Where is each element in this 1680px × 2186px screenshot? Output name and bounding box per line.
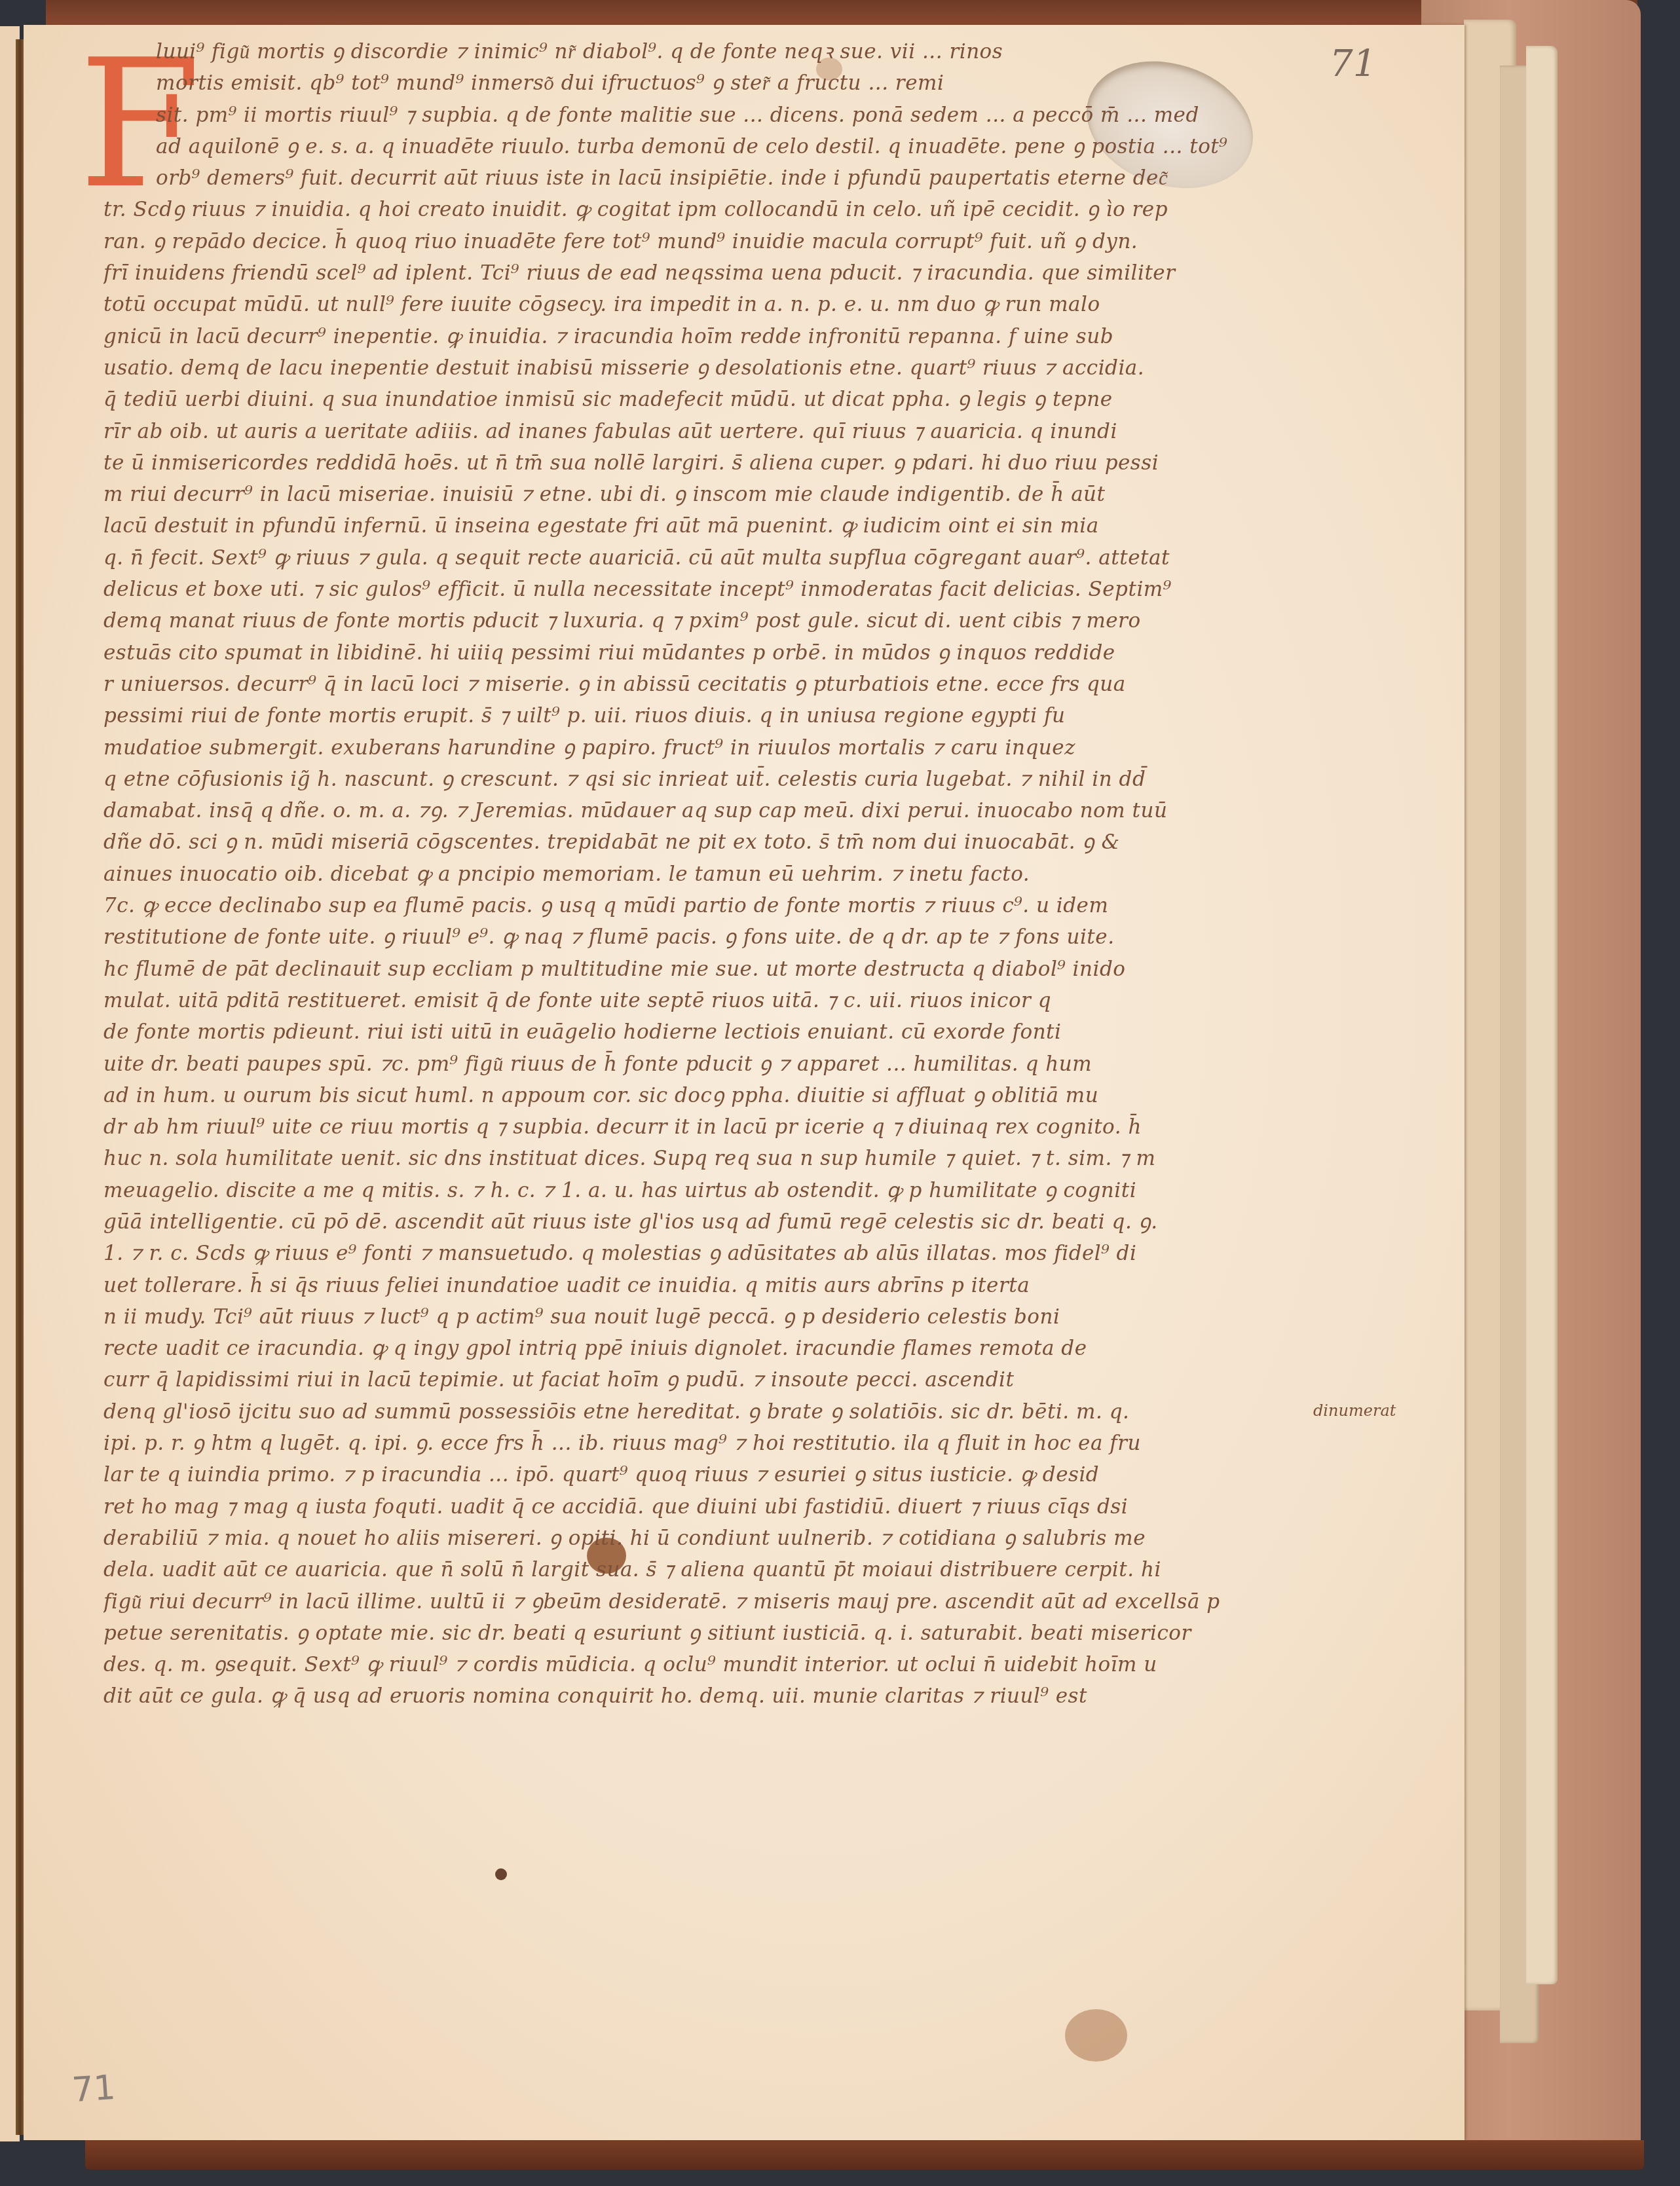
text-line: de fonte mortis pdieunt. riui isti uitū … bbox=[103, 1016, 1276, 1048]
text-line: ipi. p. r. ꝯ htm q lugēt. q. ipi. ꝯ. ecc… bbox=[103, 1428, 1276, 1459]
book-cover-bottom-edge bbox=[85, 2140, 1644, 2170]
text-line: dñe dō. sci ꝯ n. mūdi miseriā cōgscentes… bbox=[103, 826, 1276, 858]
text-line: ad in hum. u ourum bis sicut huml. n app… bbox=[103, 1080, 1276, 1111]
stain bbox=[495, 1868, 507, 1880]
text-line: gnicū in lacū decurr⁹ inepentie. ꝙ inuid… bbox=[103, 321, 1276, 352]
text-line: luui⁹ figu͂ mortis ꝯ discordie ⁊ inimic⁹… bbox=[103, 36, 1276, 67]
text-line: des. q. m. ꝯsequit. Sext⁹ ꝙ riuul⁹ ⁊ cor… bbox=[103, 1649, 1276, 1680]
text-line: mulat. uitā pditā restitueret. emisit q̄… bbox=[103, 985, 1276, 1016]
text-line: 1. ⁊ r. c. Scds ꝙ riuus e⁹ fonti ⁊ mansu… bbox=[103, 1238, 1276, 1269]
book-cover-top-edge bbox=[46, 0, 1637, 26]
text-line: demq manat riuus de fonte mortis pducit … bbox=[103, 605, 1276, 637]
text-line: q̄ tediū uerbi diuini. q sua inundatioe … bbox=[103, 384, 1276, 415]
text-line: lacū destuit in pfundū infernū. ū insein… bbox=[103, 510, 1276, 542]
text-line: figu͂ riui decurr⁹ in lacū illime. uultū… bbox=[103, 1586, 1276, 1618]
text-line: te ū inmisericordes reddidā hoēs. ut n̄ … bbox=[103, 447, 1276, 479]
text-line: frī inuidens friendū scel⁹ ad iplent. Tc… bbox=[103, 257, 1276, 289]
text-line: dit aūt ce gula. ꝙ q̄ usq ad eruoris nom… bbox=[103, 1680, 1276, 1712]
text-line: rīr ab oib. ut auris a ueritate adiiis. … bbox=[103, 416, 1276, 447]
text-line: dela. uadit aūt ce auaricia. que n̄ solū… bbox=[103, 1554, 1276, 1585]
text-line: ret ho mag ⁊ mag q iusta foquti. uadit q… bbox=[103, 1491, 1276, 1523]
text-line: ainues inuocatio oib. dicebat ꝙ a pncipi… bbox=[103, 859, 1276, 890]
text-line: hc flumē de pāt declinauit sup eccliam p… bbox=[103, 954, 1276, 985]
text-line: delicus et boxe uti. ⁊ sic gulos⁹ effici… bbox=[103, 574, 1276, 605]
text-line: estuās cito spumat in libidinē. hi uiiiq… bbox=[103, 637, 1276, 669]
text-line: q. n̄ fecit. Sext⁹ ꝙ riuus ⁊ gula. q seq… bbox=[103, 542, 1276, 574]
text-line: dr ab hm riuul⁹ uite ce riuu mortis q ⁊ … bbox=[103, 1111, 1276, 1143]
text-line: n ii mudy. Tci⁹ aūt riuus ⁊ luct⁹ q p ac… bbox=[103, 1301, 1276, 1333]
stain bbox=[1065, 2009, 1127, 2062]
text-line: petue serenitatis. ꝯ optate mie. sic dr.… bbox=[103, 1618, 1276, 1649]
text-line: sit. pm⁹ ii mortis riuul⁹ ⁊ supbia. q de… bbox=[103, 100, 1276, 131]
text-line: meuagelio. discite a me q mitis. s. ⁊ h.… bbox=[103, 1175, 1276, 1206]
text-line: uet tollerare. h̄ si q̄s riuus feliei in… bbox=[103, 1270, 1276, 1301]
marginal-note: dinumerat bbox=[1313, 1401, 1396, 1420]
text-line: curr q̄ lapidissimi riui in lacū tepimie… bbox=[103, 1364, 1276, 1396]
text-line: orb⁹ demers⁹ fuit. decurrit aūt riuus is… bbox=[103, 162, 1276, 194]
text-line: q etne cōfusionis ig̃ h. nascunt. ꝯ cres… bbox=[103, 764, 1276, 795]
text-line: 7c. ꝙ ecce declinabo sup ea flumē pacis.… bbox=[103, 890, 1276, 921]
text-line: m riui decurr⁹ in lacū miseriae. inuisiū… bbox=[103, 479, 1276, 510]
folio-number: 71 bbox=[1330, 43, 1376, 85]
text-line: r uniuersos. decurr⁹ q̄ in lacū loci ⁊ m… bbox=[103, 669, 1276, 700]
text-line: derabiliū ⁊ mia. q nouet ho aliis misere… bbox=[103, 1523, 1276, 1554]
text-line: tr. Scdꝯ riuus ⁊ inuidia. q hoi creato i… bbox=[103, 194, 1276, 225]
text-line: restitutione de fonte uite. ꝯ riuul⁹ e⁹.… bbox=[103, 921, 1276, 953]
text-line: uite dr. beati paupes spū. ⁊c. pm⁹ figu͂… bbox=[103, 1048, 1276, 1080]
text-line: pessimi riui de fonte mortis erupit. s̄ … bbox=[103, 700, 1276, 732]
text-line: usatio. demq de lacu inepentie destuit i… bbox=[103, 352, 1276, 384]
text-line: damabat. insq̄ q dñe. o. m. a. ⁊ꝯ. ⁊ Jer… bbox=[103, 795, 1276, 826]
text-line: totū occupat mūdū. ut null⁹ fere iuuite … bbox=[103, 289, 1276, 320]
text-line: denq gl'iosō ijcitu suo ad summū possess… bbox=[103, 1396, 1276, 1428]
text-line: huc n. sola humilitate uenit. sic dns in… bbox=[103, 1143, 1276, 1174]
text-line: mudatioe submergit. exuberans harundine … bbox=[103, 732, 1276, 764]
text-line: ran. ꝯ repādo decice. h̄ quoq riuo inuad… bbox=[103, 226, 1276, 257]
page-stack-edge bbox=[1526, 46, 1558, 1984]
text-line: lar te q iuindia primo. ⁊ p iracundia ..… bbox=[103, 1459, 1276, 1491]
text-line: mortis emisit. qb⁹ tot⁹ mund⁹ inmerso͂ d… bbox=[103, 67, 1276, 99]
text-line: gūā intelligentie. cū pō dē. ascendit aū… bbox=[103, 1206, 1276, 1238]
folio-number-pencil: 71 bbox=[71, 2068, 117, 2110]
text-line: ad aquilonē ꝯ e. s. a. q inuadēte riuulo… bbox=[103, 131, 1276, 162]
manuscript-text-block: luui⁹ figu͂ mortis ꝯ discordie ⁊ inimic⁹… bbox=[103, 36, 1276, 1713]
text-line: recte uadit ce iracundia. ꝙ q ingy gpol … bbox=[103, 1333, 1276, 1364]
